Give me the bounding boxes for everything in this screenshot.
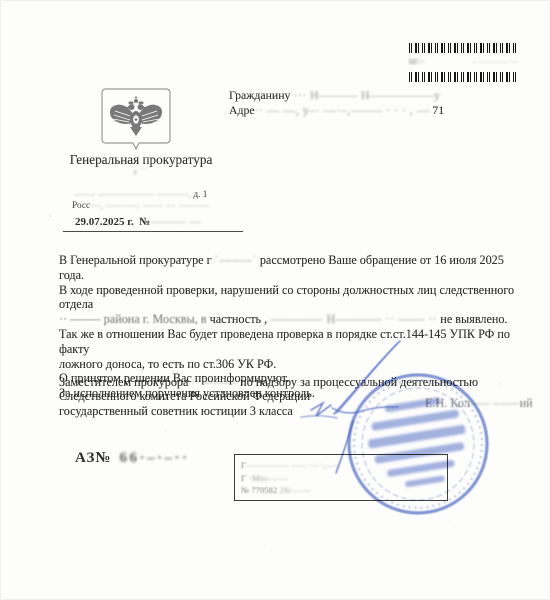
body-line-4: Так же в отношении Вас будет проведена п… <box>59 327 519 357</box>
recipient-address-number: 71 <box>432 103 444 117</box>
signer-name: Е.Н. Кол––– ––––ий <box>425 396 533 411</box>
signature-text: по надзору за процессуальной деятельност… <box>237 375 478 389</box>
scanned-letter-page: -···· Ш∷· – ––––––– ·–· Гражданину ··· Н… <box>0 0 550 600</box>
recipient-line-2: Адре·· –– ––, у–· ––·–,––––– · · · , –– … <box>229 103 444 118</box>
sender-org-line2-redacted: г ˙˙ <box>36 168 246 178</box>
az-value-smudged: 66·–·–·· <box>119 450 189 466</box>
signature-line-1: Заместителем прокурора ·· ––––– по надзо… <box>59 375 519 389</box>
body-line-3: ·· ––––– района г. Москвы, в частность ,… <box>59 312 519 327</box>
recipient-address-redacted: ·· –– ––, у–· ––·–,––––– · · · , –– <box>255 103 430 117</box>
body-line-2: В ходе проведенной проверки, нарушений с… <box>59 283 519 313</box>
double-headed-eagle <box>110 96 162 136</box>
date-and-number-line: 29.07.2025 г. №–––––– –– <box>63 216 243 232</box>
body-line-5: ложного доноса, то есть по ст.306 УК РФ. <box>59 357 519 372</box>
barcode-middle-row: Ш∷· – ––––––– ·–· <box>409 58 519 66</box>
regbox-line-2: Г ·Мос–––– <box>241 472 441 485</box>
sender-address-1-redacted: –––– ––––––––––– ––––––, <box>75 190 192 200</box>
signer-name-tail: ий <box>520 396 533 410</box>
regbox-redacted: ––––––––– ––– ·–··,–·– <box>246 460 339 470</box>
az-number: АЗ№66·–·–·· <box>75 450 189 467</box>
sender-address-2-visible: Росс <box>72 201 90 211</box>
body-text: частность , <box>207 312 271 326</box>
registration-box: Г––––––––– ––– ·–··,–·– Г ·Мос–––– № 770… <box>234 454 448 501</box>
body-smudged: ·· ––––– района г. Москвы, в <box>59 312 207 326</box>
regbox-number: № 770582 <box>241 485 277 495</box>
recipient-line-1: Гражданину ··· Н–––––– Н––––––––––у <box>229 88 444 103</box>
regbox-line-1: Г––––––––– ––– ·–··,–·– <box>241 459 441 472</box>
recipient-block: Гражданину ··· Н–––––– Н––––––––––у Адре… <box>229 88 444 117</box>
letter-number-redacted: –––––– –– <box>150 216 201 228</box>
regbox-line-3: № 770582 26/–––– <box>241 484 441 497</box>
barcode-bottom <box>409 72 519 82</box>
recipient-address-label: Адре <box>229 103 255 117</box>
coat-of-arms <box>101 88 171 152</box>
sender-address-2-redacted: ––, ––––––, –––– –– –––––– <box>90 201 210 211</box>
signature-text: Заместителем прокурора <box>59 375 191 389</box>
body-redacted: ˙–––––˙ <box>215 253 257 267</box>
recipient-name-redacted: ··· Н–––––– Н––––––––––у <box>293 88 440 102</box>
sender-address-line-2: Росс––, ––––––, –––– –– –––––– <box>41 201 241 211</box>
body-line-1: В Генеральной прокуратуре г ˙–––––˙ расс… <box>59 253 519 283</box>
barcode-mid-left-text: Ш∷· <box>409 58 425 66</box>
barcode-mid-right-text: – ––––––– ·–· <box>473 58 519 66</box>
number-sign: № <box>139 216 150 228</box>
barcode-top <box>409 43 519 53</box>
az-label: АЗ№ <box>75 450 111 466</box>
regbox-number-redacted: 26/–––– <box>277 485 311 495</box>
sender-address-line-1: –––– ––––––––––– ––––––, д. 1 <box>41 190 241 200</box>
body-text: не выявлено. <box>437 312 507 326</box>
regbox-redacted: ·Мос–––– <box>246 473 288 483</box>
body-redacted: –––––––– Н––––––– ·· –––– ·· <box>270 312 437 326</box>
recipient-label: Гражданину <box>229 88 290 102</box>
signer-name-partial: Е.Н. Кол <box>425 396 470 410</box>
sender-address-1-visible: д. 1 <box>191 190 207 200</box>
body-text: В Генеральной прокуратуре г <box>59 253 215 267</box>
signature-redacted: ·· ––––– <box>191 375 237 389</box>
sender-org-name: Генеральная прокуратура <box>36 152 246 168</box>
signer-name-redacted: ––– –––– <box>470 396 520 410</box>
letter-date: 29.07.2025 г. <box>75 216 134 228</box>
